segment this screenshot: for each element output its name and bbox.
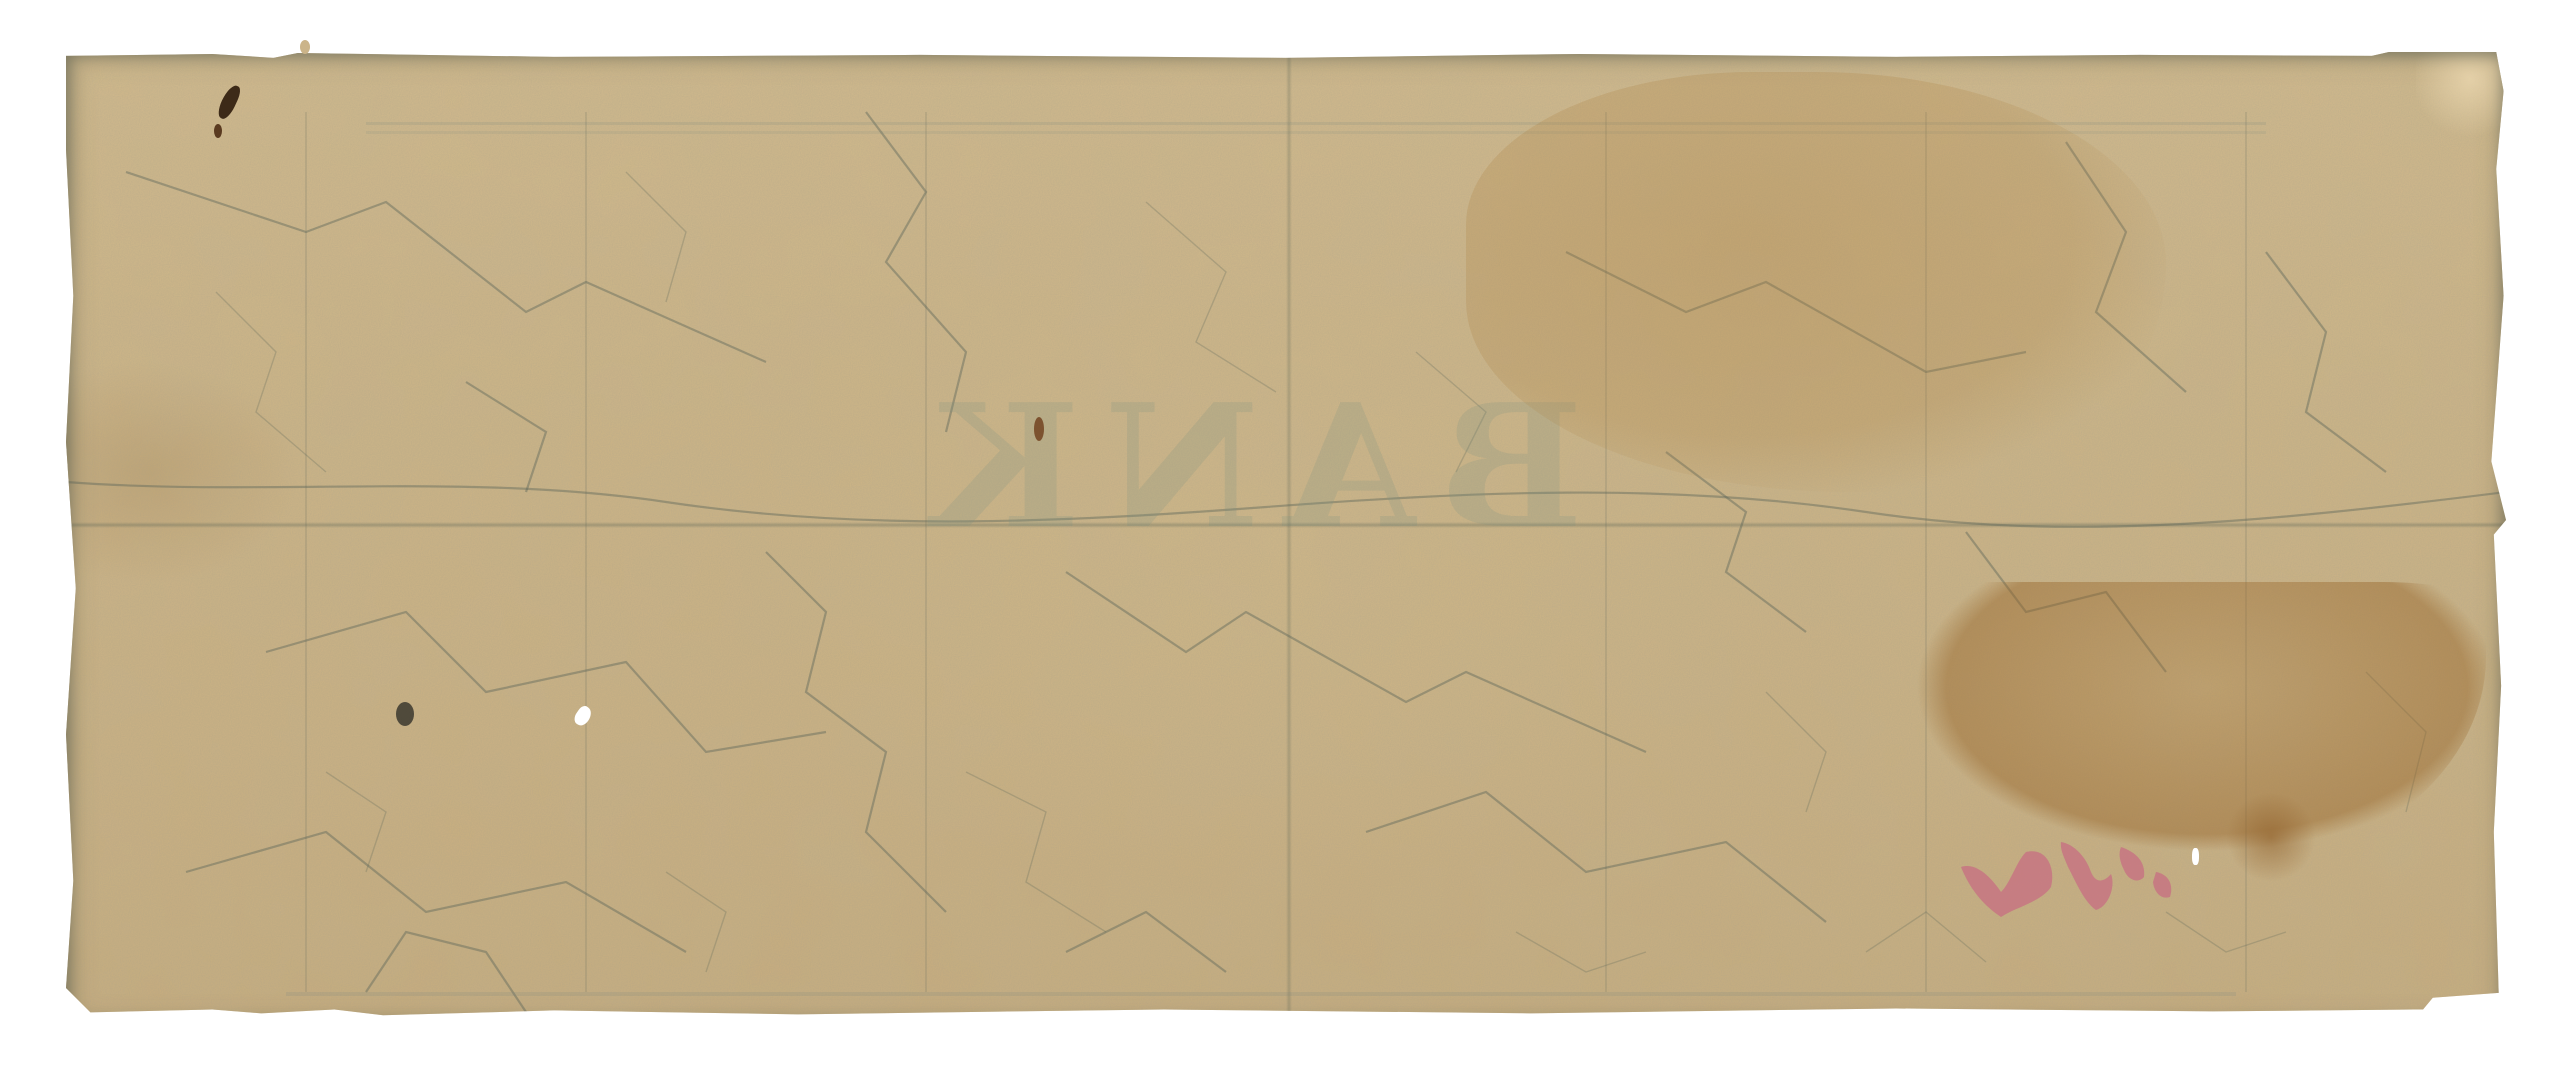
ink-spot — [215, 83, 243, 122]
water-stain-right — [1866, 582, 2486, 882]
water-stain-top — [1466, 72, 2166, 492]
brown-spot — [1034, 417, 1044, 441]
dark-spot — [396, 702, 414, 726]
water-stain-right-tip — [2226, 792, 2316, 882]
paper-hole-right — [2192, 848, 2199, 865]
scene: BANK — [0, 0, 2560, 1086]
corner-light-patch — [2416, 52, 2506, 142]
paper-fiber — [300, 40, 310, 54]
paper-hole-left — [572, 704, 595, 728]
showthrough-border-top — [366, 122, 2266, 134]
banknote-back: BANK — [66, 52, 2506, 1027]
showthrough-border-bottom — [286, 992, 2236, 996]
ink-spot-small — [214, 124, 222, 138]
vertical-fold-line — [1286, 52, 1292, 1027]
pink-handwritten-mark — [1956, 822, 2186, 922]
